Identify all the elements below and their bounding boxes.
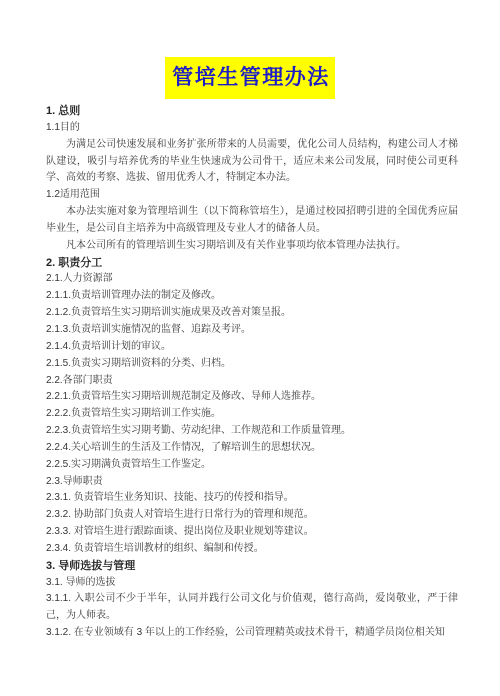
doc-line-heading: 2. 职责分工: [46, 255, 458, 272]
doc-line-item: 2.1.5.负责实习期培训资料的分类、归档。: [46, 356, 458, 373]
doc-line-item: 2.1.1.负责培训管理办法的制定及修改。: [46, 288, 458, 305]
doc-line-item: 2.2.3.负责管培生实习期考勤、劳动纪律、工作规范和工作质量管理。: [46, 423, 458, 440]
doc-line-item: 2.2.1.负责管培生实习期培训规范制定及修改、导师人选推荐。: [46, 389, 458, 406]
doc-line-heading: 1. 总则: [46, 103, 458, 120]
doc-line-para: 为满足公司快速发展和业务扩张所带来的人员需要，优化公司人员结构，构建公司人才梯队…: [46, 137, 458, 188]
doc-line-item: 2.3.1. 负责管培生业务知识、技能、技巧的传授和指导。: [46, 490, 458, 507]
doc-line-para: 本办法实施对象为管理培训生（以下简称管培生），是通过校园招聘引进的全国优秀应届毕…: [46, 204, 458, 238]
doc-line-item: 3.1.1. 入职公司不少于半年，认同并践行公司文化与价值观，德行高尚，爱岗敬业…: [46, 591, 458, 625]
doc-line-item: 2.2.4.关心培训生的生活及工作情况，了解培训生的思想状况。: [46, 440, 458, 457]
title-row: 管培生管理办法: [0, 57, 500, 99]
doc-line-item: 2.1.4.负责培训计划的审议。: [46, 339, 458, 356]
doc-line-item: 2.3.3. 对管培生进行跟踪面谈、提出岗位及职业规划等建议。: [46, 524, 458, 541]
doc-line-para: 凡本公司所有的管理培训生实习期培训及有关作业事项均依本管理办法执行。: [46, 238, 458, 255]
doc-line-sub: 2.3.导师职责: [46, 474, 458, 491]
doc-line-sub: 2.1.人力资源部: [46, 271, 458, 288]
doc-line-item: 2.3.4. 负责管培生培训教材的组织、编制和传授。: [46, 541, 458, 558]
document-body: 1. 总则1.1目的为满足公司快速发展和业务扩张所带来的人员需要，优化公司人员结…: [46, 103, 458, 642]
doc-line-item: 2.1.3.负责培训实施情况的监督、追踪及考评。: [46, 322, 458, 339]
doc-line-heading: 3. 导师选拔与管理: [46, 558, 458, 575]
doc-line-sub: 2.2.各部门职责: [46, 373, 458, 390]
document-page: 管培生管理办法 1. 总则1.1目的为满足公司快速发展和业务扩张所带来的人员需要…: [0, 0, 500, 696]
doc-line-item: 2.2.2.负责管培生实习期培训工作实施。: [46, 406, 458, 423]
doc-line-sub: 1.2适用范围: [46, 187, 458, 204]
doc-line-item: 2.1.2.负责管培生实习期培训实施成果及改善对策呈报。: [46, 305, 458, 322]
doc-line-sub: 3.1. 导师的选拔: [46, 575, 458, 592]
document-title: 管培生管理办法: [165, 57, 335, 99]
doc-line-item: 2.3.2. 协助部门负责人对管培生进行日常行为的管理和规范。: [46, 507, 458, 524]
doc-line-item: 2.2.5.实习期满负责管培生工作鉴定。: [46, 457, 458, 474]
doc-line-item: 3.1.2. 在专业领域有 3 年以上的工作经验，公司管理精英或技术骨干，精通学…: [46, 625, 458, 642]
doc-line-sub: 1.1目的: [46, 120, 458, 137]
